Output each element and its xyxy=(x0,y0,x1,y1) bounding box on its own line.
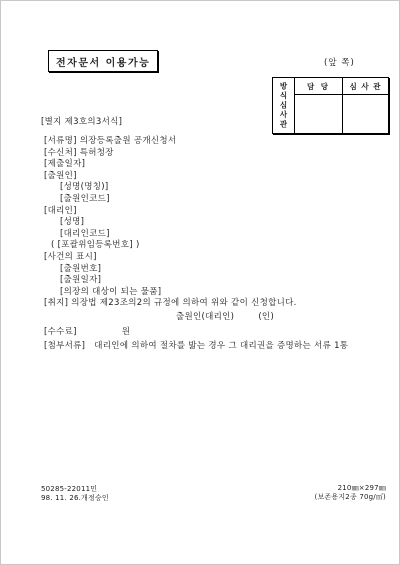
form-line-application-number: [출원번호] xyxy=(60,264,391,276)
form-line-recipient: [수신처] 특허청장 xyxy=(44,148,391,160)
footer-paper-size: 210㎜×297㎜ xyxy=(315,484,386,493)
examiner-table: 방식심사관 담 당 심 사 관 xyxy=(272,77,389,134)
footer-paper-type: (보존용지2종 70g/㎡) xyxy=(315,493,386,502)
form-line-purpose: [취지] 의장법 제23조의2의 규정에 의하여 위와 같이 신청합니다. xyxy=(44,298,391,310)
footer-form-number: 50285-22011민 98. 11. 26.개정승인 xyxy=(41,485,109,503)
form-line-agent-code: [대리인코드] xyxy=(60,229,391,241)
form-line-signature: 출원인(대리인) (인) xyxy=(176,312,391,324)
form-line-delegation-number: ( [포괄위임등록번호] ) xyxy=(51,240,391,252)
examiner-table-vertical-header: 방식심사관 xyxy=(273,78,295,133)
footer-paper-spec: 210㎜×297㎜ (보존용지2종 70g/㎡) xyxy=(315,484,386,502)
form-line-application-date: [출원일자] xyxy=(60,275,391,287)
electronic-document-stamp: 전자문서 이용가능 xyxy=(48,50,158,72)
form-reference: [별지 제3호의3서식] xyxy=(41,115,122,127)
form-line-document-title: [서류명] 의장등록출원 공개신청서 xyxy=(44,136,391,148)
form-line-applicant: [출원인] xyxy=(44,171,391,183)
form-line-applicant-code: [출원인코드] xyxy=(60,194,391,206)
document-page: { "page": { "stamp": "전자문서 이용가능", "side_… xyxy=(0,0,400,565)
examiner-table-col-damdang-header: 담 당 xyxy=(295,78,343,95)
form-line-design-article: [의장의 대상이 되는 물품] xyxy=(60,287,391,299)
form-line-applicant-name: [성명(명칭)] xyxy=(60,182,391,194)
examiner-table-damdang-cell-empty xyxy=(295,95,343,133)
front-side-label: (앞 쪽) xyxy=(324,56,355,68)
form-body: [서류명] 의장등록출원 공개신청서 [수신처] 특허청장 [제출일자] [출원… xyxy=(41,136,391,353)
electronic-document-stamp-label: 전자문서 이용가능 xyxy=(56,58,150,69)
form-line-fee: [수수료] 원 xyxy=(44,327,391,339)
footer-form-number-line1: 50285-22011민 xyxy=(41,485,109,494)
examiner-table-simsagwan-cell-empty xyxy=(343,95,388,133)
footer-form-number-line2: 98. 11. 26.개정승인 xyxy=(41,494,109,503)
form-line-attachments: [첨부서류] 대리인에 의하여 절차를 밟는 경우 그 대리권을 증명하는 서류… xyxy=(44,341,391,353)
form-line-agent-name: [성명] xyxy=(60,217,391,229)
form-line-submission-date: [제출일자] xyxy=(44,159,391,171)
form-line-case-indication: [사건의 표시] xyxy=(44,252,391,264)
examiner-table-col-simsagwan-header: 심 사 관 xyxy=(343,78,388,95)
form-line-agent: [대리인] xyxy=(44,206,391,218)
